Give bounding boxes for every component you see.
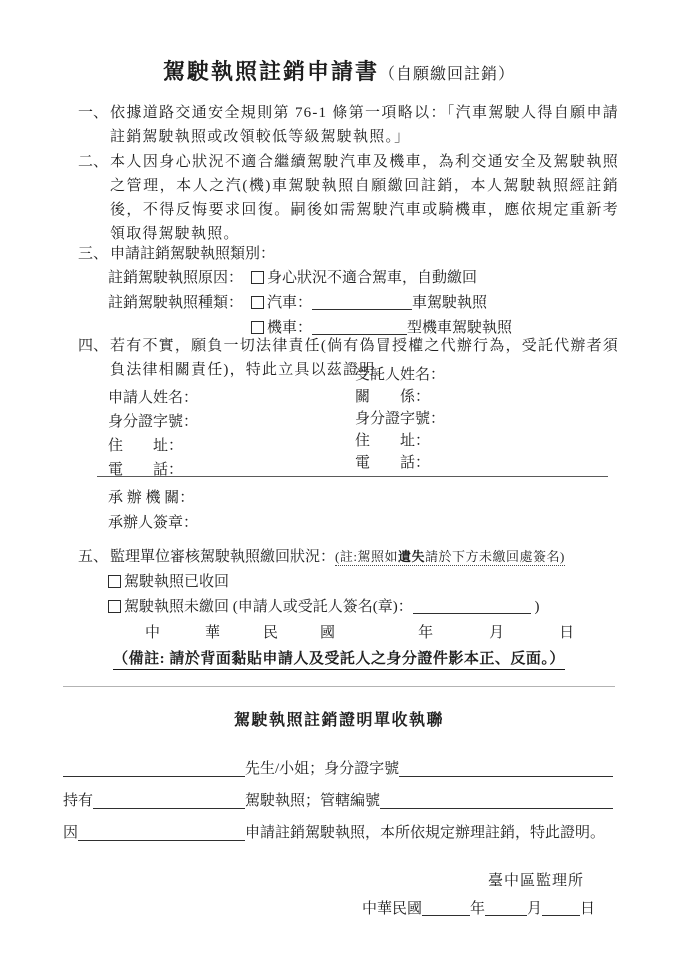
signature-blank[interactable]	[413, 600, 531, 614]
page-title: 駕駛執照註銷申請書	[163, 59, 379, 84]
remark-row: （備註: 請於背面黏貼申請人及受託人之身分證件影本正、反面。）	[0, 647, 678, 668]
clause-4-number: 四、	[78, 334, 110, 382]
clause-1-text: 依據道路交通安全規則第 76-1 條第一項略以：「汽車駕駛人得自願申請註銷駕駛執…	[110, 101, 619, 149]
car-option-suffix: 車駕駛執照	[412, 295, 487, 311]
receipt-title: 駕駛執照註銷證明單收執聯	[0, 707, 678, 730]
receipt-year-label: 年	[470, 901, 485, 917]
clause-2-number: 二、	[78, 150, 110, 246]
receipt-row-license: 持有駕駛執照；管轄編號	[63, 789, 613, 813]
trustee-address-field[interactable]: 住 址：	[355, 430, 445, 452]
applicant-fields: 申請人姓名： 身分證字號： 住 址： 電 話：	[108, 386, 198, 482]
moto-class-blank[interactable]	[312, 321, 407, 335]
car-option-label: 汽車：	[267, 295, 312, 311]
moto-license-checkbox[interactable]	[251, 321, 264, 334]
receipt-day-blank[interactable]	[542, 902, 580, 916]
receipt-serial-blank[interactable]	[380, 804, 613, 809]
car-class-blank[interactable]	[312, 296, 412, 310]
receipt-row2-text: 駕駛執照；管轄編號	[245, 789, 380, 813]
car-license-checkbox[interactable]	[251, 296, 264, 309]
clause-3-number: 三、	[78, 242, 110, 266]
applicant-id-field[interactable]: 身分證字號：	[108, 410, 198, 434]
lost-license-note: (註:駕照如遺失請於下方未繳回處簽名)	[335, 549, 565, 566]
license-returned-checkbox[interactable]	[108, 575, 121, 588]
clause-5-heading: 監理單位審核駕駛執照繳回狀況：	[110, 549, 335, 565]
form-title-row: 駕駛執照註銷申請書（自願繳回註銷）	[0, 55, 678, 86]
cancel-reason-label: 註銷駕駛執照原因：	[108, 270, 243, 286]
date-char: 國	[320, 621, 335, 642]
license-not-returned-label: 駕駛執照未繳回 (申請人或受託人簽名(章)：	[124, 599, 413, 615]
cancel-type-label: 註銷駕駛執照種類：	[108, 295, 243, 311]
section-divider	[63, 686, 615, 687]
reason-unfit-option-label: 身心狀況不適合駕車，自動繳回	[267, 270, 477, 286]
clause-4: 四、 若有不實，願負一切法律責任(倘有偽冒授權之代辦行為，受託代辦者須負法律相關…	[78, 334, 619, 382]
month-label: 月	[489, 621, 504, 642]
remark-text: （備註: 請於背面黏貼申請人及受託人之身分證件影本正、反面。）	[113, 651, 565, 670]
handling-agency-field[interactable]: 承 辦 機 關：	[108, 486, 194, 507]
clause-2-text: 本人因身心狀況不適合繼續駕駛汽車及機車，為利交通安全及駕駛執照之管理，本人之汽(…	[110, 150, 619, 246]
applicant-phone-field[interactable]: 電 話：	[108, 458, 198, 482]
receipt-id-blank[interactable]	[399, 772, 613, 777]
trustee-id-field[interactable]: 身分證字號：	[355, 408, 445, 430]
receipt-row-reason: 因申請註銷駕駛執照，本所依規定辦理註銷，特此證明。	[63, 821, 613, 845]
date-char: 民	[263, 621, 278, 642]
receipt-year-blank[interactable]	[422, 902, 470, 916]
receipt-row1-text: 先生/小姐；身分證字號	[245, 757, 399, 781]
clause-2: 二、 本人因身心狀況不適合繼續駕駛汽車及機車，為利交通安全及駕駛執照之管理，本人…	[78, 150, 619, 246]
date-char: 中	[145, 621, 160, 642]
receipt-license-class-blank[interactable]	[93, 804, 245, 809]
trustee-phone-field[interactable]: 電 話：	[355, 452, 445, 474]
day-label: 日	[559, 621, 574, 642]
applicant-address-field[interactable]: 住 址：	[108, 434, 198, 458]
receipt-month-blank[interactable]	[485, 902, 527, 916]
issuing-office: 臺中區監理所	[488, 869, 584, 890]
note-pre: (註:駕照如	[335, 549, 398, 564]
cancel-reason-row: 註銷駕駛執照原因：身心狀況不適合駕車，自動繳回	[108, 266, 477, 290]
roc-date-line: 中華民國年月日	[145, 621, 574, 642]
officer-signature-field[interactable]: 承辦人簽章：	[108, 511, 198, 532]
clause-5: 五、 監理單位審核駕駛執照繳回狀況：(註:駕照如遺失請於下方未繳回處簽名)	[78, 545, 638, 569]
cancel-type-car-row: 註銷駕駛執照種類：汽車：車駕駛執照	[108, 291, 487, 315]
year-label: 年	[418, 621, 433, 642]
receipt-date-prefix: 中華民國	[362, 901, 422, 917]
license-returned-label: 駕駛執照已收回	[124, 574, 229, 590]
receipt-row3-prefix: 因	[63, 821, 78, 845]
clause-1-number: 一、	[78, 101, 110, 149]
license-returned-row: 駕駛執照已收回	[108, 570, 229, 594]
trustee-relation-field[interactable]: 關 係：	[355, 386, 445, 408]
receipt-date-line: 中華民國年月日	[362, 897, 595, 918]
receipt-row-name: 先生/小姐；身分證字號	[63, 757, 613, 781]
license-not-returned-checkbox[interactable]	[108, 600, 121, 613]
receipt-name-blank[interactable]	[63, 772, 245, 777]
license-not-returned-close: )	[531, 599, 540, 615]
fields-bottom-rule	[97, 476, 608, 477]
clause-3: 三、 申請註銷駕駛執照類別：	[78, 242, 619, 266]
license-not-returned-row: 駕駛執照未繳回 (申請人或受託人簽名(章)： )	[108, 595, 540, 619]
applicant-name-field[interactable]: 申請人姓名：	[108, 386, 198, 410]
note-bold-lost: 遺失	[398, 549, 425, 564]
receipt-day-label: 日	[580, 901, 595, 917]
clause-5-number: 五、	[78, 545, 110, 569]
trustee-fields: 受託人姓名： 關 係： 身分證字號： 住 址： 電 話：	[355, 364, 445, 474]
clause-5-heading-wrap: 監理單位審核駕駛執照繳回狀況：(註:駕照如遺失請於下方未繳回處簽名)	[110, 545, 638, 569]
receipt-reason-blank[interactable]	[78, 836, 245, 841]
page-title-suffix: （自願繳回註銷）	[379, 66, 515, 83]
date-char: 華	[205, 621, 220, 642]
receipt-row2-prefix: 持有	[63, 789, 93, 813]
clause-1: 一、 依據道路交通安全規則第 76-1 條第一項略以：「汽車駕駛人得自願申請註銷…	[78, 101, 619, 149]
reason-unfit-checkbox[interactable]	[251, 271, 264, 284]
license-cancellation-form-page: 駕駛執照註銷申請書（自願繳回註銷） 一、 依據道路交通安全規則第 76-1 條第…	[0, 0, 678, 960]
trustee-name-field[interactable]: 受託人姓名：	[355, 364, 445, 386]
receipt-month-label: 月	[527, 901, 542, 917]
clause-3-heading: 申請註銷駕駛執照類別：	[110, 242, 619, 266]
receipt-row3-text: 申請註銷駕駛執照，本所依規定辦理註銷，特此證明。	[245, 821, 605, 845]
note-post: 請於下方未繳回處簽名)	[425, 549, 565, 564]
